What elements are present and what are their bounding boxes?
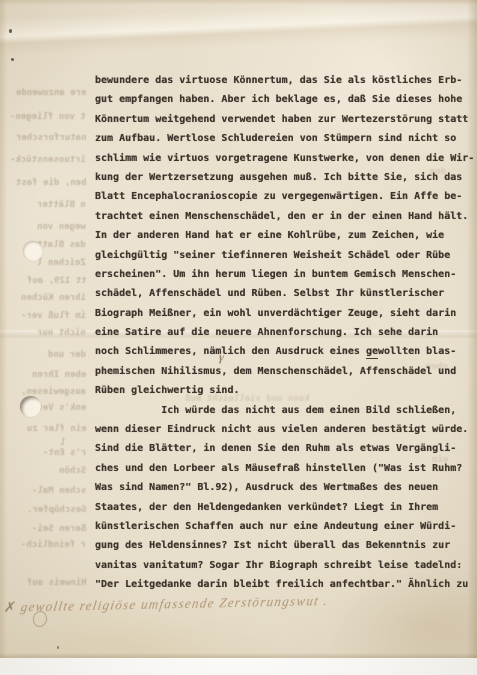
scanner-background [0, 658, 477, 675]
paper-edge-top [0, 0, 477, 5]
typed-line: Was sind Namen?" Bl.92), Ausdruck des We… [95, 478, 474, 497]
bleedthrough-fragment: das Blatt [37, 240, 86, 250]
bleedthrough-fragment: eben Ihren [32, 370, 86, 380]
bleedthrough-fragment: wegen von [37, 222, 86, 232]
typed-line: wenn dieser Eindruck nicht aus vielen an… [95, 420, 474, 439]
typed-line: Ich würde das nicht aus dem einen Bild s… [95, 401, 474, 420]
typed-line: schlimm wie virtuos vorgetragene Kunstwe… [95, 149, 474, 168]
typed-line: "Der Leitgedanke darin bleibt freilich a… [95, 575, 474, 594]
bleedthrough-fragment: r feindlich- [21, 540, 86, 550]
bleedthrough-fragment: ben, die fast [16, 178, 86, 188]
bleedthrough-fragment: der und [48, 350, 86, 360]
typed-line: kung der Wertzersetzung ausgehen muß. Ic… [95, 168, 474, 187]
bleedthrough-fragment: Geschöpfer. [27, 505, 87, 515]
typed-line: Biograph Meißner, ein wohl unverdächtige… [95, 304, 474, 323]
bleedthrough-fragment: nicht nur [37, 328, 86, 338]
bleedthrough-fragment: l [60, 438, 65, 448]
bleedthrough-fragment: ßeren Sei- [32, 524, 86, 534]
typed-line: Rüben gleichwertig sind. [95, 381, 474, 400]
bleedthrough-fragment: t von fliegen- [10, 112, 86, 122]
typed-line: eine Satire auf die neuere Ahnenforschun… [95, 323, 474, 342]
bleedthrough-fragment: im fluß ver- [21, 311, 86, 321]
punch-hole-top [23, 241, 43, 261]
scanned-letter-page: ere anzuwendet von fliegen-naturforscher… [0, 0, 477, 675]
paper-speck [57, 646, 59, 649]
typed-line: vanitas vanitatum? Sogar Ihr Biograph sc… [95, 556, 474, 575]
paper-speck [9, 29, 12, 33]
handwritten-check-mark: ✗ [3, 601, 17, 616]
paper-speck [11, 58, 14, 61]
bleedthrough-fragment: ere anzuwende [16, 88, 86, 98]
bleedthrough-fragment: Zeichen l [37, 258, 86, 268]
typed-line: zum Aufbau. Wertlose Schludereien von St… [95, 129, 474, 148]
bleedthrough-fragment: n Blätter [37, 200, 86, 210]
typed-line: Sind die Blätter, in denen Sie den Ruhm … [95, 439, 474, 458]
typed-line: phemischen Nihilismus, dem Menschenschäd… [95, 362, 474, 381]
typed-line: gung des Heldensinnes? Ist nicht überall… [95, 536, 474, 555]
typed-line: Könnertum weitgehend verwendet haben zur… [95, 110, 474, 129]
typed-line: erscheinen". Um ihn herum liegen in bunt… [95, 265, 474, 284]
bleedthrough-fragment: irtuosenstück- [10, 155, 86, 165]
typed-line: schädel, Affenschädel und Rüben. Selbst … [95, 284, 474, 303]
bleedthrough-fragment: tt 129, auf [27, 276, 87, 286]
bleedthrough-fragment: r's Ent- [43, 448, 86, 458]
paper-edge-left [0, 0, 7, 658]
punch-hole-bottom [20, 396, 41, 417]
bleedthrough-fragment: schen Mal- [32, 486, 86, 496]
pencil-underline: ge [366, 346, 378, 359]
typed-line: trachtet einen Menschenschädel, den er i… [95, 207, 474, 226]
bleedthrough-fragment: naturforscher [16, 133, 86, 143]
typed-line: Staates, der den Heldengedanken verkünde… [95, 498, 474, 517]
bleedthrough-fragment: Hinweis auf [27, 578, 87, 588]
paper-crease-top [0, 0, 477, 57]
typed-line: In der anderen Hand hat er eine Kohlrübe… [95, 226, 474, 245]
bleedthrough-fragment: ihren Küchen [21, 293, 86, 303]
typed-line: noch Schlimmeres, nämlich den Ausdruck e… [95, 342, 474, 361]
typed-line: ches und den Lorbeer als Mäusefraß hinst… [95, 459, 474, 478]
typed-line: künstlerischen Schaffen auch nur eine An… [95, 517, 474, 536]
typed-line: bewundere das virtuose Könnertum, das Si… [95, 71, 474, 90]
typed-line: Blatt Encephalocranioscopie zu vergegenw… [95, 187, 474, 206]
handwritten-annotation: ✗gewollte religiöse umfassende Zerstörun… [3, 592, 386, 617]
typed-line: gleichgültig "seiner tiefinneren Weishei… [95, 246, 474, 265]
typed-line: gut empfangen haben. Aber ich beklage es… [95, 90, 474, 109]
bleedthrough-fragment: Schön [59, 466, 86, 476]
handwritten-note-text: gewollte religiöse umfassende Zerstörung… [20, 593, 330, 614]
typed-text: bewundere das virtuose Könnertum, das Si… [95, 71, 474, 595]
bleedthrough-fragment: ein fler zu [27, 424, 87, 434]
